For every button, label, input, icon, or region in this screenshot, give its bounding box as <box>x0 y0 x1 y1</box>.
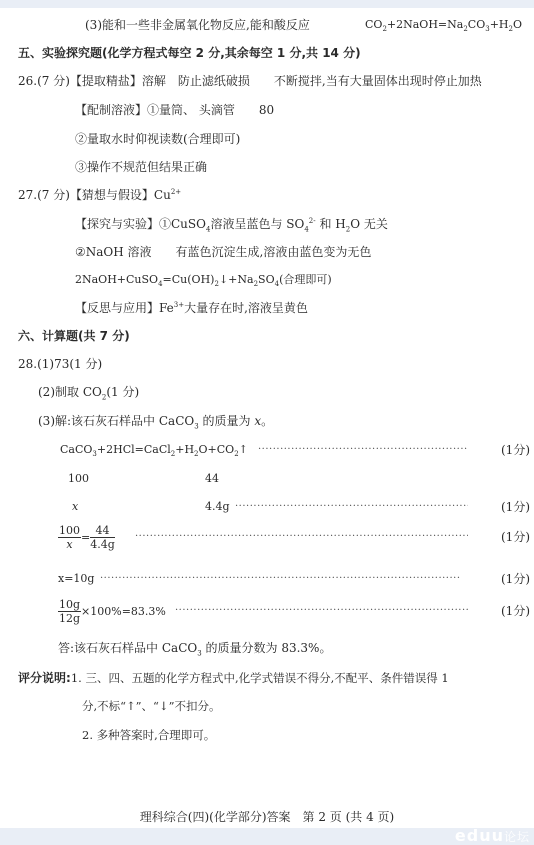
q28-part2: (2)制取 CO2(1 分) <box>38 384 139 400</box>
q27-line3: ②NaOH 溶液 有蓝色沉淀生成,溶液由蓝色变为无色 <box>75 244 371 260</box>
q26-line3: ②量取水时仰视读数(合理即可) <box>75 131 240 147</box>
section5-title: 五、实验探究题(化学方程式每空 2 分,其余每空 1 分,共 14 分) <box>18 45 361 61</box>
q26-line1: 26.(7 分)【提取精盐】溶解 防止滤纸破损 不断搅拌,当有大量固体出现时停止… <box>18 73 482 89</box>
q26-line2: 【配制溶液】①量筒、 头滴管 80 <box>75 102 274 118</box>
q27-line2: 【探究与实验】①CuSO4溶液呈蓝色与 SO42- 和 H2O 无关 <box>75 216 388 232</box>
calc-percentage: 10g12g×100%=83.3% <box>58 598 166 625</box>
leader-dots: ········································… <box>100 571 468 587</box>
calc-answer: 答:该石灰石样品中 CaCO3 的质量分数为 83.3%。 <box>58 640 331 656</box>
leader-dots: ········································… <box>135 529 468 545</box>
q28-part3: (3)解:该石灰石样品中 CaCO3 的质量为 x。 <box>38 413 273 429</box>
q26-line4: ③操作不规范但结果正确 <box>75 159 207 175</box>
q27-line5: 【反思与应用】Fe3+大量存在时,溶液呈黄色 <box>75 300 308 316</box>
score-4: (1分) <box>501 571 530 587</box>
score-3: (1分) <box>501 529 530 545</box>
calc-m-caco3: 100 <box>68 471 89 487</box>
q27-line1: 27.(7 分)【猜想与假设】Cu2+ <box>18 187 181 203</box>
calc-4-4g: 4.4g <box>205 499 230 515</box>
calc-proportion: 100x=444.4g <box>58 524 115 551</box>
calc-x: x <box>72 499 78 515</box>
scoring-note-1-cont: 分,不标“↑”、“↓”不扣分。 <box>82 698 220 714</box>
score-1: (1分) <box>501 442 530 458</box>
calc-m-co2: 44 <box>205 471 219 487</box>
section6-title: 六、计算题(共 7 分) <box>18 328 130 344</box>
score-2: (1分) <box>501 499 530 515</box>
watermark-logo: eduu论坛 <box>455 826 530 845</box>
leader-dots: ········································… <box>258 442 468 458</box>
bottom-margin-strip <box>0 828 534 845</box>
scoring-note-2: 2. 多种答案时,合理即可。 <box>82 727 215 743</box>
calc-equation: CaCO3+2HCl=CaCl2+H2O+CO2↑ <box>60 442 248 458</box>
q25-equation: CO2+2NaOH=Na2CO3+H2O <box>365 17 522 33</box>
calc-x-result: x=10g <box>58 571 94 587</box>
scoring-note-1: 评分说明:1. 三、四、五题的化学方程式中,化学式错误不得分,不配平、条件错误得… <box>18 670 449 686</box>
leader-dots: ········································… <box>175 603 468 619</box>
scoring-note-label: 评分说明: <box>18 671 71 685</box>
score-5: (1分) <box>501 603 530 619</box>
q25-part3-text: (3)能和一些非金属氧化物反应,能和酸反应 <box>85 17 310 33</box>
q27-equation: 2NaOH+CuSO4=Cu(OH)2↓+Na2SO4(合理即可) <box>75 272 332 288</box>
page-footer: 理科综合(四)(化学部分)答案 第 2 页 (共 4 页) <box>0 808 534 825</box>
q25-part3-label: (3)能和一些非金属氧化物反应,能和酸反应 <box>85 18 310 32</box>
top-margin-strip <box>0 0 534 8</box>
leader-dots: ········································… <box>235 499 468 515</box>
q28-part1: 28.(1)73(1 分) <box>18 356 102 372</box>
